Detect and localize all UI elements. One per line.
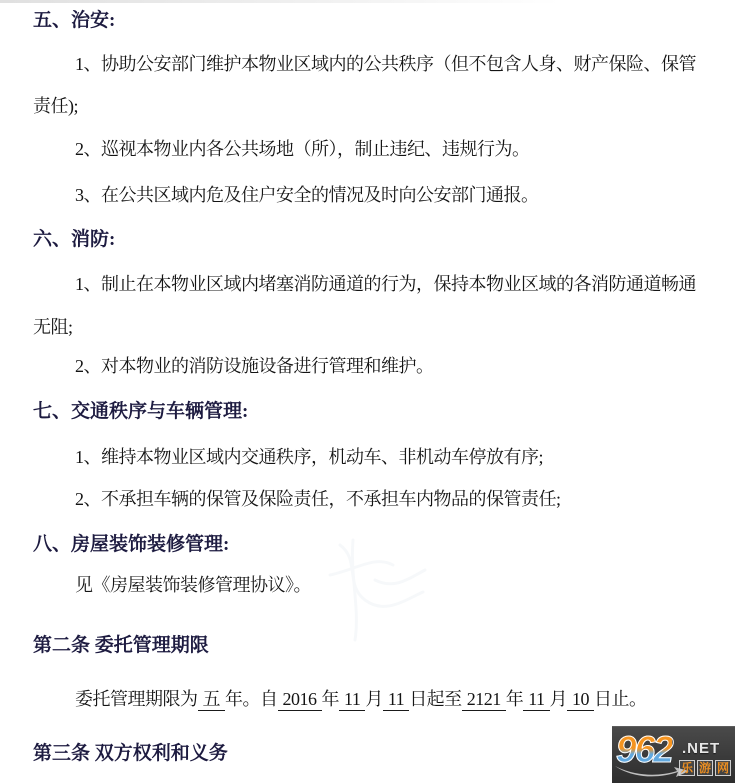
contract-document-page: 五、治安: 1、协助公安部门维护本物业区域内的公共秩序（但不包含人身、财产保险、… [0,0,735,783]
clause-6-2: 2、对本物业的消防设施设备进行管理和维护。 [75,355,434,377]
term-blank-value: 2121 [462,689,506,711]
section-heading-7-traffic: 七、交通秩序与车辆管理: [33,401,248,423]
term-text: 年 [506,689,524,709]
term-text: 月 [550,689,568,709]
logo-cn-char: 乐 [679,760,695,776]
clause-6-1-line1: 1、制止在本物业区域内堵塞消防通道的行为，保持本物业区域的各消防通道畅通 [75,273,696,295]
term-text: 月 [365,689,383,709]
clause-5-2: 2、巡视本物业内各公共场地（所），制止违纪、违规行为。 [75,138,530,160]
page-top-edge-shadow [0,0,560,3]
term-blank-value: 五 [198,689,226,711]
term-text: 日止。 [594,689,647,709]
clause-6-1-line2: 无阻; [33,316,73,338]
term-text: 年 [322,689,340,709]
term-blank-value: 11 [383,689,409,711]
term-text: 日起至 [409,689,462,709]
section-heading-6-fire: 六、消防: [33,229,115,251]
term-blank-value: 2016 [278,689,322,711]
article-2-heading: 第二条 委托管理期限 [33,635,209,657]
clause-5-3: 3、在公共区域内危及住户安全的情况及时向公安部门通报。 [75,184,539,206]
section-heading-5-security: 五、治安: [33,10,115,32]
term-blank-value: 10 [567,689,594,711]
clause-8-note: 见《房屋装饰装修管理协议》。 [75,574,311,596]
term-text: 委托管理期限为 [75,689,198,709]
faint-watermark [305,530,465,650]
term-text: 年。自 [225,689,278,709]
term-blank-value: 11 [339,689,365,711]
section-heading-8-decoration: 八、房屋装饰装修管理: [33,534,229,556]
logo-net-text: .NET [682,740,720,757]
term-blank-value: 11 [523,689,549,711]
article-3-heading: 第三条 双方权利和义务 [33,743,228,765]
clause-5-1-line1: 1、协助公安部门维护本物业区域内的公共秩序（但不包含人身、财产保险、保管 [75,53,696,75]
logo-cn-char: 网 [715,760,731,776]
clause-7-2: 2、不承担车辆的保管及保险责任，不承担车内物品的保管责任; [75,488,561,510]
site-watermark-logo: 962 .NET 乐游网 [612,726,735,783]
logo-cn-char: 游 [697,760,713,776]
clause-7-1: 1、维持本物业区域内交通秩序，机动车、非机动车停放有序; [75,446,543,468]
management-term-line: 委托管理期限为 五 年。自 2016 年 11 月 11 日起至 2121 年 … [75,688,647,710]
logo-cn-name: 乐游网 [677,760,731,776]
clause-5-1-line2: 责任); [33,95,78,117]
